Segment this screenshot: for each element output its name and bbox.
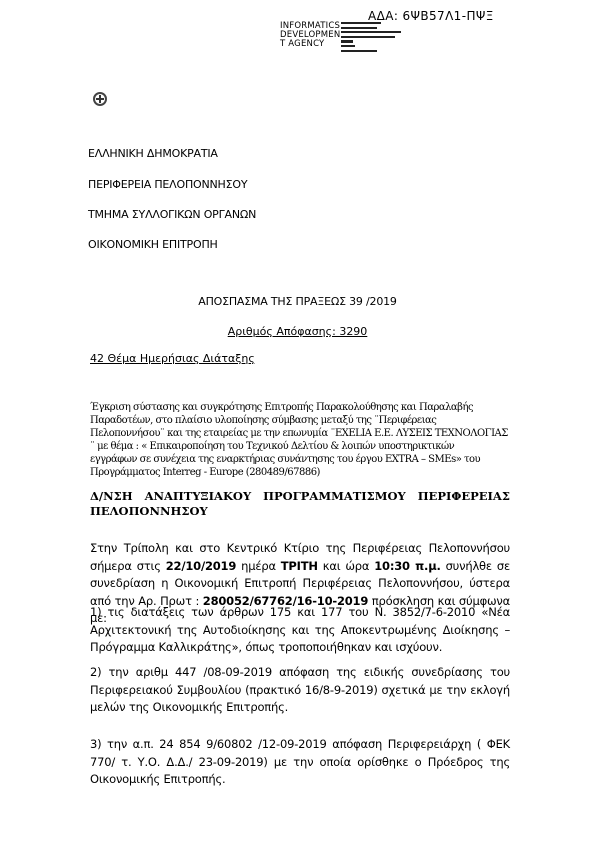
legal-basis-item-3: 3) την α.π. 24 854 9/60802 /12-09-2019 α…: [90, 736, 510, 789]
document-title: ΑΠΟΣΠΑΣΜΑ ΤΗΣ ΠΡΑΞΕΩΣ 39 /2019: [0, 295, 595, 308]
ada-code: ΑΔΑ: 6ΨΒ57Λ1-ΠΨΞ: [368, 9, 494, 23]
meeting-date: 22/10/2019: [166, 559, 236, 573]
department-word: Δ/ΝΣΗ: [90, 489, 133, 504]
subject-line: Προγράμματος Interreg - Europe (280489/6…: [90, 466, 560, 479]
legal-basis-item-2: 2) την αριθμ 447 /08-09-2019 απόφαση της…: [90, 664, 510, 717]
legal-basis-item-1: 1) τις διατάξεις των άρθρων 175 και 177 …: [90, 604, 510, 657]
subject-block: Έγκριση σύστασης και συγκρότησης Επιτροπ…: [90, 401, 560, 479]
subject-line: εγγράφων σε συνέχεια της εναρκτήριας συν…: [90, 453, 560, 466]
issuer-department: ΤΜΗΜΑ ΣΥΛΛΟΓΙΚΩΝ ΟΡΓΑΝΩΝ: [88, 208, 256, 221]
agency-logo-text: INFORMATICS DEVELOPMEN T AGENCY: [280, 22, 340, 49]
department-word: ΠΡΟΓΡΑΜΜΑΤΙΣΜΟΥ: [263, 489, 406, 504]
agenda-topic: 42 Θέμα Ημερήσιας Διάταξης: [90, 352, 255, 365]
issuer-committee: ΟΙΚΟΝΟΜΙΚΗ ΕΠΙΤΡΟΠΗ: [88, 238, 218, 251]
intro-text: ημέρα: [236, 559, 281, 573]
agency-fine-print: [341, 22, 401, 54]
intro-text: και ώρα: [318, 559, 374, 573]
subject-line: Έγκριση σύστασης και συγκρότησης Επιτροπ…: [90, 401, 560, 414]
agency-line: T AGENCY: [280, 40, 340, 49]
meeting-day: ΤΡΙΤΗ: [281, 559, 318, 573]
decision-number: Αριθμός Απόφασης: 3290: [0, 325, 595, 338]
subject-line: Παραδοτέων, στο πλαίσιο υλοποίησης σύμβα…: [90, 414, 560, 427]
subject-line: Πελοποννήσου¨ και της εταιρείας με την ε…: [90, 427, 560, 440]
department-heading: Δ/ΝΣΗ ΑΝΑΠΤΥΞΙΑΚΟΥ ΠΡΟΓΡΑΜΜΑΤΙΣΜΟΥ ΠΕΡΙΦ…: [90, 489, 510, 519]
meeting-time: 10:30 π.μ.: [374, 559, 440, 573]
subject-line: ¨ με θέμα : « Επικαιροποίηση του Τεχνικο…: [90, 440, 560, 453]
issuer-region: ΠΕΡΙΦΕΡΕΙΑ ΠΕΛΟΠΟΝΝΗΣΟΥ: [88, 178, 247, 191]
department-word: ΠΕΡΙΦΕΡΕΙΑΣ: [418, 489, 510, 504]
greek-coat-of-arms-icon: [93, 92, 107, 106]
department-word: ΑΝΑΠΤΥΞΙΑΚΟΥ: [145, 489, 252, 504]
issuer-country: ΕΛΛΗΝΙΚΗ ΔΗΜΟΚΡΑΤΙΑ: [88, 147, 218, 160]
department-line2: ΠΕΛΟΠΟΝΝΗΣΟΥ: [90, 504, 510, 519]
